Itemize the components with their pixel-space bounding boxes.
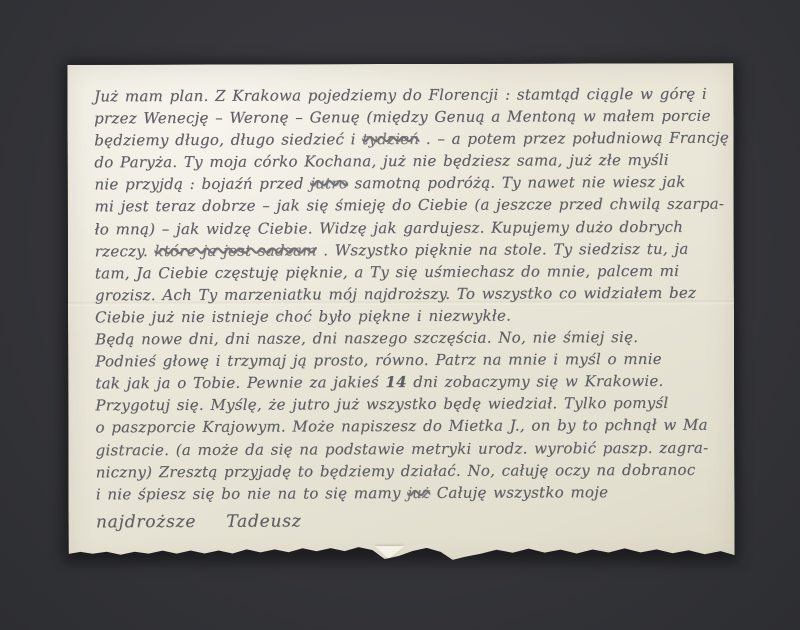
letter-line: grozisz. Ach Ty marzeniatku mój najdrożs… <box>95 281 721 306</box>
handwritten-text: dni zobaczymy się w Krakowie. <box>407 372 664 391</box>
signature-line: najdroższeTadeusz <box>96 508 722 533</box>
handwritten-text: grozisz. Ach Ty marzeniatku mój najdrożs… <box>95 284 696 305</box>
handwritten-text: . – a potem przez południową Francję <box>419 129 729 148</box>
handwritten-text: nie przyjdą : bojaźń przed <box>94 175 310 194</box>
letter-line: tam, Ja Ciebie częstuję pięknie, a Ty si… <box>95 259 721 284</box>
handwritten-text: tam, Ja Ciebie częstuję pięknie, a Ty si… <box>95 262 679 283</box>
letter-line: mi jest teraz dobrze – jak się śmieję do… <box>94 193 720 218</box>
struck-text: jutro <box>310 175 348 193</box>
handwritten-text: Podnieś głowę i trzymaj ją prosto, równo… <box>95 350 662 370</box>
handwritten-text: przez Wenecję – Weronę – Genuę (między G… <box>94 107 711 128</box>
letter-line: Podnieś głowę i trzymaj ją prosto, równo… <box>95 348 721 373</box>
handwritten-text: i nie śpiesz się bo nie na to się mamy <box>96 484 407 503</box>
letter-paper: Już mam plan. Z Krakowa pojedziemy do Fl… <box>67 63 734 565</box>
handwritten-text: mi jest teraz dobrze – jak się śmieję do… <box>95 195 725 216</box>
letter-line: niczny) Zresztą przyjadę to będziemy dzi… <box>96 458 722 483</box>
handwritten-text: najdroższe <box>96 512 196 532</box>
letter-line: gistracie. (a może da się na podstawie m… <box>96 436 722 461</box>
letter-line: ło mną) – jak widzę Ciebie. Widzę jak ga… <box>95 215 721 240</box>
handwritten-text: Będą nowe dni, dni nasze, dni naszego sz… <box>95 328 638 348</box>
handwritten-text: gistracie. (a może da się na podstawie m… <box>96 438 709 459</box>
struck-text: tydzień <box>362 130 419 148</box>
photo-background: Już mam plan. Z Krakowa pojedziemy do Fl… <box>0 0 800 630</box>
letter-text: Już mam plan. Z Krakowa pojedziemy do Fl… <box>94 83 722 534</box>
letter-line: Już mam plan. Z Krakowa pojedziemy do Fl… <box>94 83 720 108</box>
handwritten-text: będziemy długo, długo siedzieć i <box>94 130 362 149</box>
handwritten-text: samotną podróżą. Ty nawet nie wiesz jak <box>348 173 685 192</box>
handwritten-text: do Paryża. Ty moja córko Kochana, już ni… <box>94 151 669 172</box>
letter-line: Będą nowe dni, dni nasze, dni naszego sz… <box>95 326 721 351</box>
letter-line: przez Wenecję – Weronę – Genuę (między G… <box>94 105 720 130</box>
handwritten-text: o paszporcie Krajowym. Może napiszesz do… <box>95 416 707 437</box>
struck-text: już <box>407 484 430 502</box>
handwritten-text: Tadeusz <box>226 511 301 531</box>
handwritten-text: 14 <box>385 373 406 391</box>
letter-line: o paszporcie Krajowym. Może napiszesz do… <box>95 414 721 439</box>
letter-line: będziemy długo, długo siedzieć i tydzień… <box>94 127 720 152</box>
handwritten-text: Przygotuj się. Myślę, że jutro już wszys… <box>95 394 668 415</box>
letter-line: i nie śpiesz się bo nie na to się mamy j… <box>96 480 722 505</box>
struck-text: które ja jest sadzam <box>154 241 316 260</box>
letter-line: nie przyjdą : bojaźń przed jutro samotną… <box>94 171 720 196</box>
handwritten-text: . Wszystko pięknie na stole. Ty siedzisz… <box>317 239 689 259</box>
letter-line: Przygotuj się. Myślę, że jutro już wszys… <box>95 392 721 417</box>
handwritten-text: ło mną) – jak widzę Ciebie. Widzę jak ga… <box>95 217 684 238</box>
handwritten-text: tak jak ja o Tobie. Pewnie za jakieś <box>95 373 385 392</box>
handwritten-text: Całuję wszystko moje <box>430 483 608 502</box>
handwritten-text: rzeczy. <box>95 242 155 260</box>
letter-line: Ciebie już nie istnieje choć było piękne… <box>95 304 721 329</box>
handwritten-text: Już mam plan. Z Krakowa pojedziemy do Fl… <box>94 85 707 106</box>
handwritten-text: Ciebie już nie istnieje choć było piękne… <box>95 306 511 326</box>
letter-line: rzeczy. które ja jest sadzam . Wszystko … <box>95 237 721 262</box>
letter-line: tak jak ja o Tobie. Pewnie za jakieś 14 … <box>95 370 721 395</box>
handwritten-text: niczny) Zresztą przyjadę to będziemy dzi… <box>96 460 696 481</box>
letter-line: do Paryża. Ty moja córko Kochana, już ni… <box>94 149 720 174</box>
